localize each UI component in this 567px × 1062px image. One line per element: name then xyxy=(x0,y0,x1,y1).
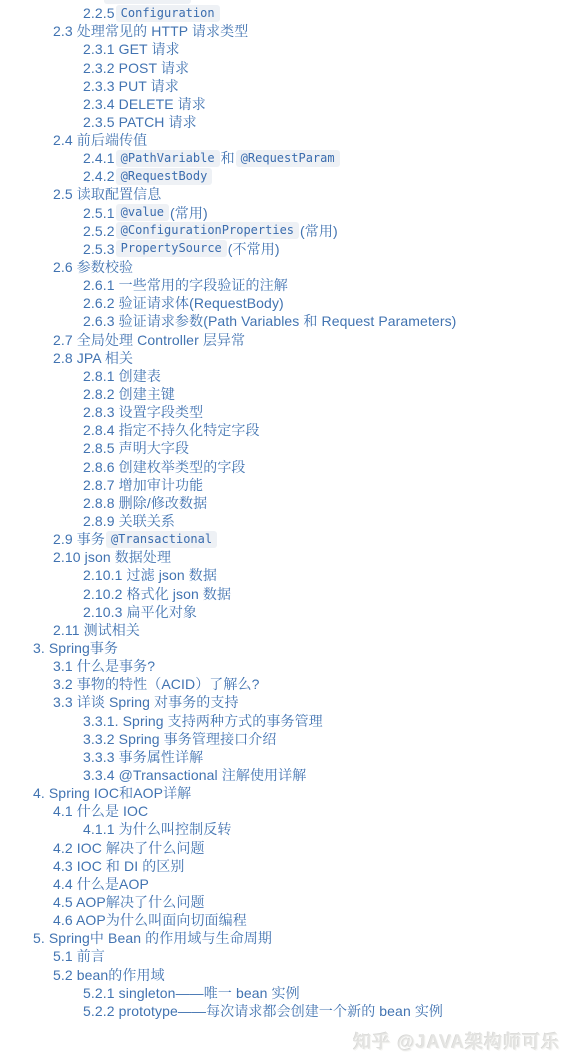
inline-code: @Transactional xyxy=(106,531,217,548)
toc-link[interactable]: 3.1 什么是事务? xyxy=(53,656,155,676)
toc-link[interactable]: 3.3 详谈 Spring 对事务的支持 xyxy=(53,692,239,712)
toc-row: 5.1 前言 xyxy=(0,947,567,965)
toc-link[interactable]: 2.8.9 关联关系 xyxy=(83,511,175,531)
toc-text: 2.6.3 验证请求参数(Path Variables 和 Request Pa… xyxy=(83,311,456,331)
toc-link[interactable]: 5.1 前言 xyxy=(53,946,105,966)
inline-code: Configuration xyxy=(116,5,220,22)
toc-link[interactable]: 3.3.2 Spring 事务管理接口介绍 xyxy=(83,729,277,749)
toc-row: 2.5 读取配置信息 xyxy=(0,185,567,203)
toc-text: 2.3.1 GET 请求 xyxy=(83,39,180,59)
toc-row: 2.6.3 验证请求参数(Path Variables 和 Request Pa… xyxy=(0,312,567,330)
toc-row: 2.3.5 PATCH 请求 xyxy=(0,113,567,131)
toc-text: 4.4 什么是AOP xyxy=(53,874,149,894)
toc-link[interactable]: 2.8.5 声明大字段 xyxy=(83,438,189,458)
toc-text: 2.5.2 xyxy=(83,223,115,239)
toc-row: 2.3.4 DELETE 请求 xyxy=(0,95,567,113)
toc-link[interactable]: 2.11 测试相关 xyxy=(53,620,140,640)
toc-row: 2.8 JPA 相关 xyxy=(0,349,567,367)
toc-row: 2.10 json 数据处理 xyxy=(0,548,567,566)
toc-link[interactable]: 2.10.1 过滤 json 数据 xyxy=(83,565,217,585)
toc-link[interactable]: 4.2 IOC 解决了什么问题 xyxy=(53,838,205,858)
toc-text: 2.3.3 PUT 请求 xyxy=(83,76,179,96)
toc-text: 2.6 参数校验 xyxy=(53,257,133,277)
toc-link[interactable]: 5. Spring中 Bean 的作用域与生命周期 xyxy=(33,928,272,948)
toc-text: 2.8 JPA 相关 xyxy=(53,348,133,368)
toc-text: 4. Spring IOC和AOP详解 xyxy=(33,783,191,803)
toc-text: 2.8.3 设置字段类型 xyxy=(83,402,203,422)
toc-link[interactable]: 2.6.1 一些常用的字段验证的注解 xyxy=(83,275,288,295)
toc-text: 2.8.1 创建表 xyxy=(83,366,161,386)
toc-link[interactable]: 4.3 IOC 和 DI 的区别 xyxy=(53,856,185,876)
toc-text: 2.2.5 xyxy=(83,5,115,21)
toc-link[interactable]: 4.5 AOP解决了什么问题 xyxy=(53,892,205,912)
toc-row: 2.10.1 过滤 json 数据 xyxy=(0,566,567,584)
truncated-code-chip xyxy=(104,0,191,4)
toc-text: 2.3 处理常见的 HTTP 请求类型 xyxy=(53,21,248,41)
toc-text: 5. Spring中 Bean 的作用域与生命周期 xyxy=(33,928,272,948)
toc-link[interactable]: 5.2 bean的作用域 xyxy=(53,965,165,985)
toc-text: 2.5 读取配置信息 xyxy=(53,184,161,204)
toc-row: 2.6.2 验证请求体(RequestBody) xyxy=(0,294,567,312)
toc-link[interactable]: 3.3.1. Spring 支持两种方式的事务管理 xyxy=(83,711,323,731)
toc-row: 2.8.8 删除/修改数据 xyxy=(0,494,567,512)
toc-text: 4.6 AOP为什么叫面向切面编程 xyxy=(53,910,247,930)
toc-link[interactable]: 2.6 参数校验 xyxy=(53,257,133,277)
toc-row: 2.7 全局处理 Controller 层异常 xyxy=(0,331,567,349)
toc-link[interactable]: 2.4 前后端传值 xyxy=(53,130,147,150)
toc-row: 2.8.5 声明大字段 xyxy=(0,439,567,457)
toc-row: 2.3 处理常见的 HTTP 请求类型 xyxy=(0,22,567,40)
toc-link[interactable]: 2.8 JPA 相关 xyxy=(53,348,133,368)
toc-link[interactable]: 2.3 处理常见的 HTTP 请求类型 xyxy=(53,21,248,41)
toc-link[interactable]: 2.8.3 设置字段类型 xyxy=(83,402,203,422)
toc-link[interactable]: 2.8.7 增加审计功能 xyxy=(83,475,203,495)
toc-row: 4. Spring IOC和AOP详解 xyxy=(0,784,567,802)
toc-link[interactable]: 2.3.2 POST 请求 xyxy=(83,58,189,78)
toc-text: 3.3.2 Spring 事务管理接口介绍 xyxy=(83,729,277,749)
toc-text: (不常用) xyxy=(228,239,280,259)
toc-link[interactable]: 2.5.1 @value(常用) xyxy=(83,203,208,223)
toc-text: 2.8.9 关联关系 xyxy=(83,511,175,531)
toc-text: 5.2.1 singleton——唯一 bean 实例 xyxy=(83,983,300,1003)
toc-row: 2.10.3 扁平化对象 xyxy=(0,603,567,621)
inline-code: @RequestBody xyxy=(116,168,213,185)
toc-link[interactable]: 2.6.2 验证请求体(RequestBody) xyxy=(83,293,284,313)
toc-link[interactable]: 3. Spring事务 xyxy=(33,638,118,658)
toc-text: 5.1 前言 xyxy=(53,946,105,966)
toc-text: 2.8.4 指定不持久化特定字段 xyxy=(83,420,260,440)
toc-link[interactable]: 2.3.3 PUT 请求 xyxy=(83,76,179,96)
toc-row: 2.9 事务 @Transactional xyxy=(0,530,567,548)
toc-text: 4.5 AOP解决了什么问题 xyxy=(53,892,205,912)
toc-text: 2.4 前后端传值 xyxy=(53,130,147,150)
toc-text: 2.4.2 xyxy=(83,168,115,184)
inline-code: @PathVariable xyxy=(116,150,220,167)
toc-link[interactable]: 2.10.3 扁平化对象 xyxy=(83,602,197,622)
toc-link[interactable]: 3.3.3 事务属性详解 xyxy=(83,747,203,767)
toc-link[interactable]: 2.4.2 @RequestBody xyxy=(83,168,213,185)
toc-link[interactable]: 2.5.3 PropertySource (不常用) xyxy=(83,239,280,259)
toc-link[interactable]: 2.3.1 GET 请求 xyxy=(83,39,180,59)
toc-row: 3. Spring事务 xyxy=(0,639,567,657)
toc-row: 2.5.1 @value(常用) xyxy=(0,204,567,222)
inline-code: @RequestParam xyxy=(236,150,340,167)
toc-text: 3. Spring事务 xyxy=(33,638,118,658)
toc-row: 5.2.2 prototype——每次请求都会创建一个新的 bean 实例 xyxy=(0,1002,567,1020)
toc-text: 5.2.2 prototype——每次请求都会创建一个新的 bean 实例 xyxy=(83,1001,443,1021)
toc-link[interactable]: 2.7 全局处理 Controller 层异常 xyxy=(53,330,245,350)
toc-link[interactable]: 3.3.4 @Transactional 注解使用详解 xyxy=(83,765,306,785)
toc-text: 2.10.3 扁平化对象 xyxy=(83,602,197,622)
inline-code: @value xyxy=(116,204,169,221)
toc-row: 2.8.6 创建枚举类型的字段 xyxy=(0,458,567,476)
toc-row: 2.5.3 PropertySource (不常用) xyxy=(0,240,567,258)
toc-text: 2.3.4 DELETE 请求 xyxy=(83,94,206,114)
toc-text: 2.8.7 增加审计功能 xyxy=(83,475,203,495)
toc-text: 3.3.3 事务属性详解 xyxy=(83,747,203,767)
toc-link[interactable]: 2.8.6 创建枚举类型的字段 xyxy=(83,457,246,477)
toc-row: 2.10.2 格式化 json 数据 xyxy=(0,585,567,603)
toc-text: 4.1 什么是 IOC xyxy=(53,801,148,821)
toc-text: 2.8.8 删除/修改数据 xyxy=(83,493,207,513)
toc-text: 2.8.5 声明大字段 xyxy=(83,438,189,458)
toc-text: 2.10.2 格式化 json 数据 xyxy=(83,584,231,604)
toc-row: 2.4 前后端传值 xyxy=(0,131,567,149)
toc-link[interactable]: 2.8.2 创建主键 xyxy=(83,384,175,404)
toc-row: 4.1 什么是 IOC xyxy=(0,802,567,820)
zhihu-watermark: 知乎 @JAVA架构师可乐 xyxy=(353,1028,560,1054)
toc-text: 4.2 IOC 解决了什么问题 xyxy=(53,838,205,858)
toc-text: 2.8.2 创建主键 xyxy=(83,384,175,404)
toc-text: 2.4.1 xyxy=(83,150,115,166)
inline-code: PropertySource xyxy=(116,240,227,257)
toc-row: 3.3.2 Spring 事务管理接口介绍 xyxy=(0,730,567,748)
toc-row: 2.8.9 关联关系 xyxy=(0,512,567,530)
toc-link[interactable]: 2.4.1 @PathVariable 和 @RequestParam xyxy=(83,148,341,168)
toc-link[interactable]: 4.6 AOP为什么叫面向切面编程 xyxy=(53,910,247,930)
toc-text: 2.10 json 数据处理 xyxy=(53,547,171,567)
toc-text: 4.3 IOC 和 DI 的区别 xyxy=(53,856,185,876)
toc-text: 2.9 事务 xyxy=(53,529,105,549)
toc-text: 3.3 详谈 Spring 对事务的支持 xyxy=(53,692,239,712)
toc-link[interactable]: 2.5.2 @ConfigurationProperties(常用) xyxy=(83,221,338,241)
toc-link[interactable]: 2.2.5 Configuration xyxy=(83,5,221,22)
toc-text: 2.10.1 过滤 json 数据 xyxy=(83,565,217,585)
toc-text: 和 xyxy=(221,148,235,168)
toc-row: 3.1 什么是事务? xyxy=(0,657,567,675)
toc-link[interactable]: 2.8.8 删除/修改数据 xyxy=(83,493,207,513)
toc-row: 2.3.2 POST 请求 xyxy=(0,58,567,76)
toc-row: 2.8.4 指定不持久化特定字段 xyxy=(0,421,567,439)
toc-row: 3.2 事物的特性（ACID）了解么? xyxy=(0,675,567,693)
toc-link[interactable]: 2.10.2 格式化 json 数据 xyxy=(83,584,231,604)
toc-row: 2.3.3 PUT 请求 xyxy=(0,77,567,95)
toc-row: 4.1.1 为什么叫控制反转 xyxy=(0,820,567,838)
toc-link[interactable]: 2.6.3 验证请求参数(Path Variables 和 Request Pa… xyxy=(83,311,456,331)
toc-text: 5.2 bean的作用域 xyxy=(53,965,165,985)
toc-row: 2.8.3 设置字段类型 xyxy=(0,403,567,421)
toc-text: 2.5.3 xyxy=(83,241,115,257)
toc-text: 2.3.5 PATCH 请求 xyxy=(83,112,197,132)
toc-row: 5. Spring中 Bean 的作用域与生命周期 xyxy=(0,929,567,947)
toc-list: 2.2.5 Configuration2.3 处理常见的 HTTP 请求类型2.… xyxy=(0,0,567,1020)
toc-text: 2.8.6 创建枚举类型的字段 xyxy=(83,457,246,477)
toc-text: (常用) xyxy=(170,203,208,223)
toc-text: 2.6.2 验证请求体(RequestBody) xyxy=(83,293,284,313)
toc-row: 2.3.1 GET 请求 xyxy=(0,40,567,58)
toc-row: 2.8.2 创建主键 xyxy=(0,385,567,403)
toc-row: 4.6 AOP为什么叫面向切面编程 xyxy=(0,911,567,929)
toc-link[interactable]: 2.5 读取配置信息 xyxy=(53,184,161,204)
toc-link[interactable]: 2.3.5 PATCH 请求 xyxy=(83,112,197,132)
toc-text: 4.1.1 为什么叫控制反转 xyxy=(83,819,231,839)
toc-row: 2.2.5 Configuration xyxy=(0,4,567,22)
toc-text: 3.1 什么是事务? xyxy=(53,656,155,676)
toc-link[interactable]: 5.2.1 singleton——唯一 bean 实例 xyxy=(83,983,300,1003)
toc-row: 3.3 详谈 Spring 对事务的支持 xyxy=(0,693,567,711)
toc-link[interactable]: 4.1.1 为什么叫控制反转 xyxy=(83,819,231,839)
toc-row: 2.4.1 @PathVariable 和 @RequestParam xyxy=(0,149,567,167)
toc-text: 2.6.1 一些常用的字段验证的注解 xyxy=(83,275,288,295)
toc-row: 3.3.1. Spring 支持两种方式的事务管理 xyxy=(0,711,567,729)
toc-text: 3.3.1. Spring 支持两种方式的事务管理 xyxy=(83,711,323,731)
toc-row: 4.5 AOP解决了什么问题 xyxy=(0,893,567,911)
toc-link[interactable]: 3.2 事物的特性（ACID）了解么? xyxy=(53,674,260,694)
toc-row: 2.11 测试相关 xyxy=(0,621,567,639)
toc-text: (常用) xyxy=(300,221,338,241)
toc-link[interactable]: 2.10 json 数据处理 xyxy=(53,547,171,567)
toc-link[interactable]: 4.4 什么是AOP xyxy=(53,874,149,894)
toc-row: 2.8.1 创建表 xyxy=(0,367,567,385)
toc-row: 4.4 什么是AOP xyxy=(0,875,567,893)
toc-row: 2.8.7 增加审计功能 xyxy=(0,476,567,494)
toc-text: 2.11 测试相关 xyxy=(53,620,140,640)
toc-link[interactable]: 2.8.1 创建表 xyxy=(83,366,161,386)
toc-row: 5.2.1 singleton——唯一 bean 实例 xyxy=(0,984,567,1002)
toc-link[interactable]: 2.9 事务 @Transactional xyxy=(53,529,218,549)
toc-row: 2.4.2 @RequestBody xyxy=(0,167,567,185)
toc-row: 4.3 IOC 和 DI 的区别 xyxy=(0,857,567,875)
toc-text: 2.3.2 POST 请求 xyxy=(83,58,189,78)
toc-link[interactable]: 2.8.4 指定不持久化特定字段 xyxy=(83,420,260,440)
toc-text: 2.7 全局处理 Controller 层异常 xyxy=(53,330,245,350)
toc-text: 3.2 事物的特性（ACID）了解么? xyxy=(53,674,260,694)
toc-row: 2.6.1 一些常用的字段验证的注解 xyxy=(0,276,567,294)
toc-link[interactable]: 4. Spring IOC和AOP详解 xyxy=(33,783,191,803)
toc-link[interactable]: 4.1 什么是 IOC xyxy=(53,801,148,821)
toc-link[interactable]: 5.2.2 prototype——每次请求都会创建一个新的 bean 实例 xyxy=(83,1001,443,1021)
inline-code: @ConfigurationProperties xyxy=(116,222,299,239)
toc-row: 4.2 IOC 解决了什么问题 xyxy=(0,838,567,856)
toc-text: 2.5.1 xyxy=(83,205,115,221)
toc-row: 2.6 参数校验 xyxy=(0,258,567,276)
toc-row: 3.3.3 事务属性详解 xyxy=(0,748,567,766)
toc-row: 2.5.2 @ConfigurationProperties(常用) xyxy=(0,222,567,240)
toc-text: 3.3.4 @Transactional 注解使用详解 xyxy=(83,765,306,785)
toc-row: 5.2 bean的作用域 xyxy=(0,965,567,983)
toc-link[interactable]: 2.3.4 DELETE 请求 xyxy=(83,94,206,114)
toc-row: 3.3.4 @Transactional 注解使用详解 xyxy=(0,766,567,784)
